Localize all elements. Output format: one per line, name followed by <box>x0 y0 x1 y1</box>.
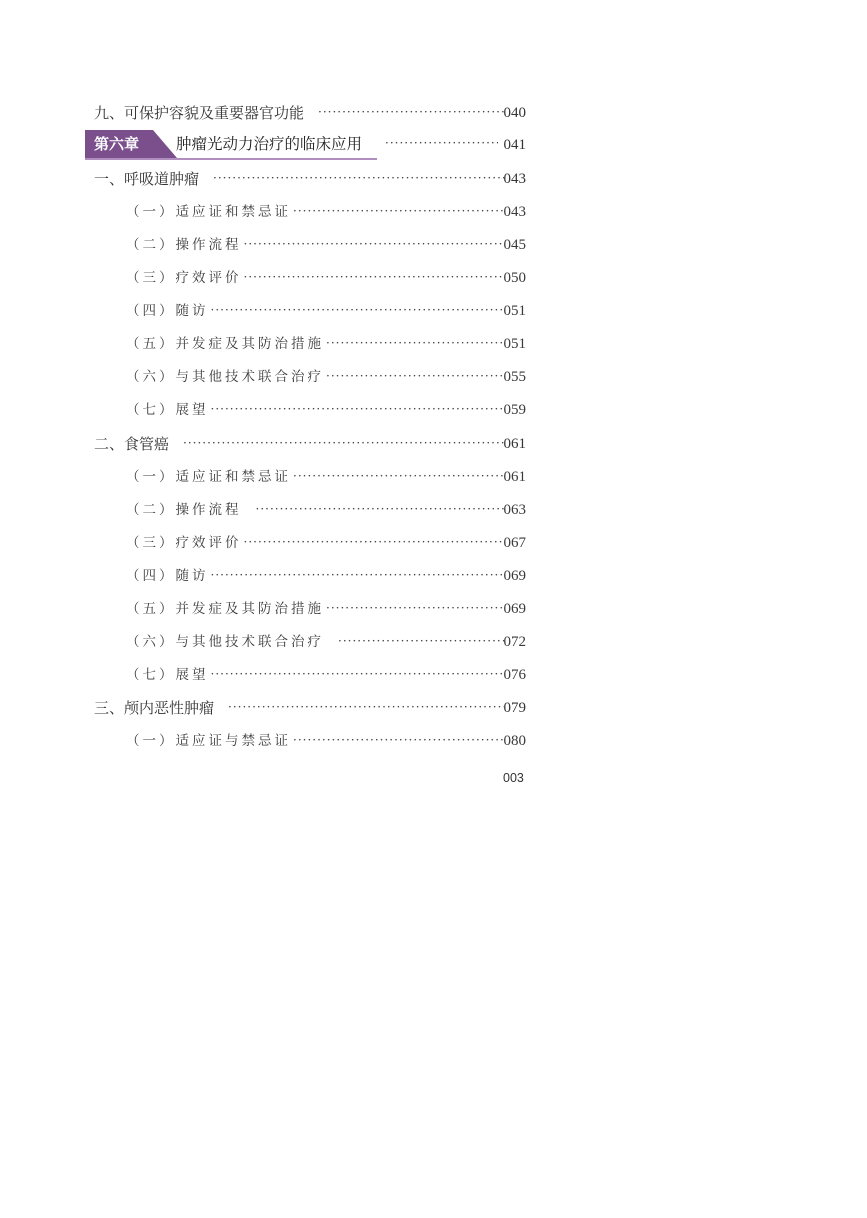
dot-leader <box>256 499 504 519</box>
dot-leader <box>293 201 504 221</box>
toc-entry-label: （七）展望 <box>126 400 211 420</box>
toc-entry-page: 072 <box>504 632 527 652</box>
toc-entry[interactable]: 九、可保护容貌及重要器官功能 040 <box>94 99 526 123</box>
toc-entry[interactable]: （一）适应证和禁忌证 061 <box>126 463 526 487</box>
dot-leader <box>183 433 503 453</box>
toc-entry[interactable]: 三、颅内恶性肿瘤 079 <box>94 694 526 718</box>
toc-entry-label: （四）随访 <box>126 566 211 586</box>
toc-entry-label: 九、可保护容貌及重要器官功能 <box>94 103 318 123</box>
chapter-badge-label: 第六章 <box>94 134 139 154</box>
dot-leader <box>338 631 504 651</box>
dot-leader <box>228 697 503 717</box>
toc-entry-page: 069 <box>504 566 527 586</box>
toc-entry[interactable]: （二）操作流程 045 <box>126 231 526 255</box>
toc-entry[interactable]: （二）操作流程 063 <box>126 496 526 520</box>
toc-entry-label: （五）并发症及其防治措施 <box>126 599 326 619</box>
dot-leader <box>244 234 504 254</box>
dot-leader <box>244 532 504 552</box>
dot-leader <box>211 565 504 585</box>
toc-entry-page: 061 <box>504 434 527 454</box>
toc-entry-label: （一）适应证和禁忌证 <box>126 467 293 487</box>
toc-entry[interactable]: （七）展望 076 <box>126 661 526 685</box>
toc-entry-label: （一）适应证与禁忌证 <box>126 731 293 751</box>
toc-entry-page: 051 <box>504 301 527 321</box>
toc-entry-page: 076 <box>504 665 527 685</box>
toc-entry-page: 040 <box>504 103 527 123</box>
chapter-page: 041 <box>504 135 527 155</box>
toc-entry-label: （二）操作流程 <box>126 235 244 255</box>
toc-entry-page: 080 <box>504 731 527 751</box>
toc-entry[interactable]: 二、食管癌 061 <box>94 430 526 454</box>
page-number: 003 <box>503 771 524 785</box>
dot-leader <box>326 366 504 386</box>
dot-leader <box>244 267 504 287</box>
toc-entry[interactable]: （五）并发症及其防治措施 051 <box>126 330 526 354</box>
toc-entry-label: （一）适应证和禁忌证 <box>126 202 293 222</box>
toc-entry-label: （七）展望 <box>126 665 211 685</box>
toc-entry-label: （六）与其他技术联合治疗 <box>126 632 338 652</box>
toc-entry-label: （六）与其他技术联合治疗 <box>126 367 326 387</box>
toc-entry[interactable]: 一、呼吸道肿瘤 043 <box>94 165 526 189</box>
toc-entry-label: （二）操作流程 <box>126 500 256 520</box>
toc-entry[interactable]: （一）适应证和禁忌证 043 <box>126 198 526 222</box>
toc-entry-page: 043 <box>504 169 527 189</box>
toc-entry[interactable]: （四）随访 069 <box>126 562 526 586</box>
toc-entry-label: 二、食管癌 <box>94 434 183 454</box>
toc-entry-page: 050 <box>504 268 527 288</box>
dot-leader <box>211 664 504 684</box>
toc-entry[interactable]: （三）疗效评价 050 <box>126 264 526 288</box>
chapter-title: 肿瘤光动力治疗的临床应用 <box>176 134 362 154</box>
toc-entry[interactable]: （四）随访 051 <box>126 297 526 321</box>
toc-entry-page: 043 <box>504 202 527 222</box>
toc-entry-page: 067 <box>504 533 527 553</box>
toc-entry-label: 一、呼吸道肿瘤 <box>94 169 213 189</box>
toc-entry-label: （四）随访 <box>126 301 211 321</box>
dot-leader <box>211 399 504 419</box>
dot-leader <box>293 730 504 750</box>
dot-leader <box>326 333 504 353</box>
toc-entry-label: （三）疗效评价 <box>126 268 244 288</box>
toc-entry-label: （五）并发症及其防治措施 <box>126 334 326 354</box>
toc-entry[interactable]: （五）并发症及其防治措施 069 <box>126 595 526 619</box>
toc-entry[interactable]: （六）与其他技术联合治疗 055 <box>126 363 526 387</box>
toc-entry-page: 045 <box>504 235 527 255</box>
chapter-underline <box>85 158 377 160</box>
toc-entry-page: 061 <box>504 467 527 487</box>
dot-leader <box>213 168 503 188</box>
dot-leader <box>326 598 504 618</box>
toc-entry-page: 079 <box>504 698 527 718</box>
dot-leader <box>211 300 504 320</box>
toc-entry-label: （三）疗效评价 <box>126 533 244 553</box>
toc-entry[interactable]: （三）疗效评价 067 <box>126 529 526 553</box>
toc-entry-page: 059 <box>504 400 527 420</box>
toc-entry-page: 069 <box>504 599 527 619</box>
toc-entry-page: 063 <box>504 500 527 520</box>
toc-entry[interactable]: （六）与其他技术联合治疗 072 <box>126 628 526 652</box>
toc-entry[interactable]: （一）适应证与禁忌证 080 <box>126 727 526 751</box>
dot-leader <box>293 466 504 486</box>
toc-entry[interactable]: （七）展望 059 <box>126 396 526 420</box>
chapter-heading[interactable]: 第六章 肿瘤光动力治疗的临床应用 041 <box>85 130 526 160</box>
dot-leader <box>318 102 503 122</box>
toc-entry-page: 051 <box>504 334 527 354</box>
dot-leader <box>385 133 498 153</box>
toc-entry-label: 三、颅内恶性肿瘤 <box>94 698 228 718</box>
toc-entry-page: 055 <box>504 367 527 387</box>
